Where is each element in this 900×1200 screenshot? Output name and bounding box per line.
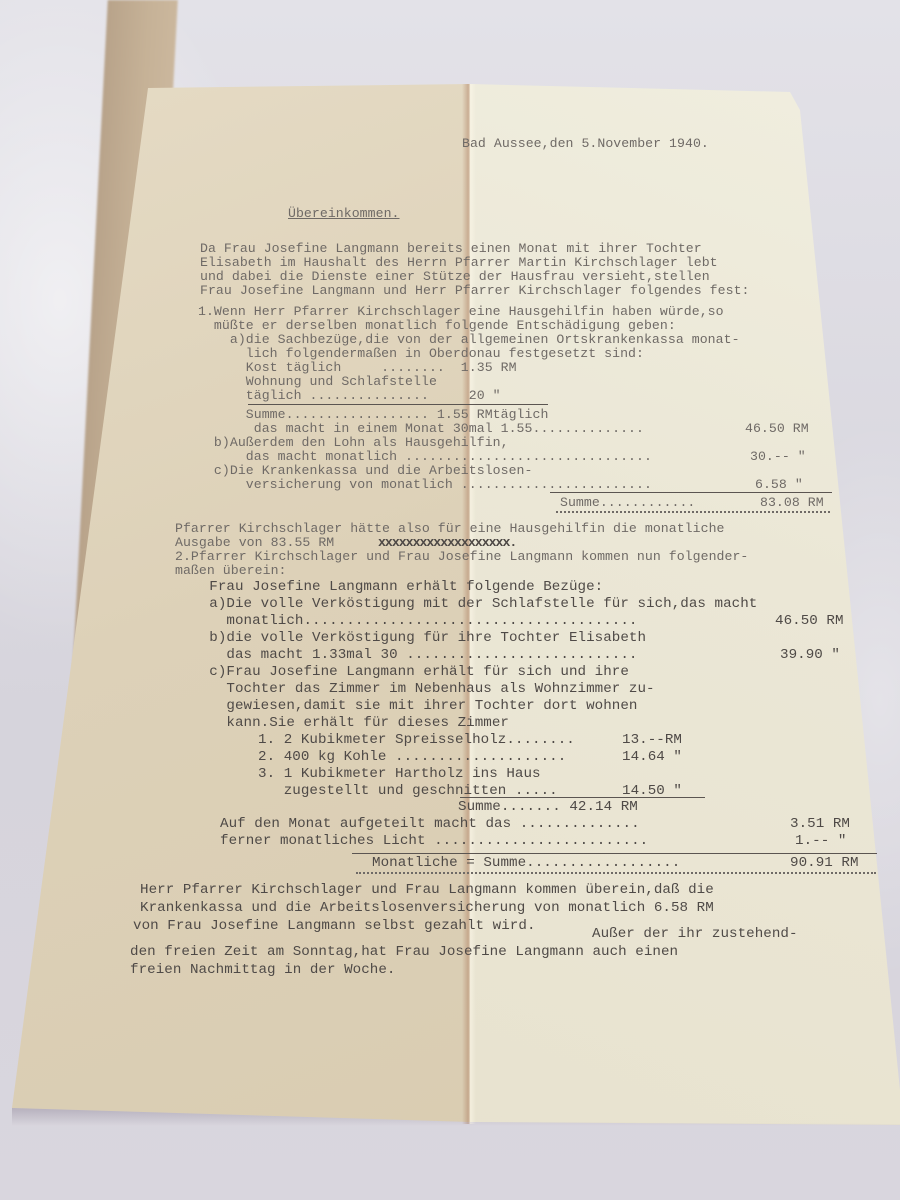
document-title: Übereinkommen. — [288, 205, 400, 222]
monthly-value: 46.50 RM — [745, 420, 809, 437]
total-label: Summe............ — [560, 494, 695, 511]
section1-line: täglich ............... 20 " — [198, 387, 501, 404]
grand-total-value: 90.91 RM — [790, 855, 859, 872]
item-label: 3. 1 Kubikmeter Hartholz ins Haus — [258, 766, 541, 783]
monthly-share-value: 3.51 RM — [790, 816, 850, 833]
section2-line: a)Die volle Verköstigung mit der Schlafs… — [175, 596, 757, 613]
total-double-rule — [556, 511, 830, 513]
closing-line: Herr Pfarrer Kirchschlager und Frau Lang… — [140, 882, 714, 899]
grand-total-rule — [352, 853, 877, 854]
c-line: c)Frau Josefine Langmann erhält für sich… — [175, 664, 629, 681]
section2-line: monatlich...............................… — [175, 613, 637, 630]
a-value: 46.50 RM — [775, 613, 844, 630]
document-sheet: Bad Aussee,den 5.November 1940. Übereink… — [0, 0, 900, 1200]
b-value: 30.-- " — [750, 448, 806, 465]
place-date: Bad Aussee,den 5.November 1940. — [462, 135, 709, 152]
c-line: gewiesen,damit sie mit ihrer Tochter dor… — [175, 698, 637, 715]
c-value: 6.58 " — [755, 476, 803, 493]
light-line: ferner monatliches Licht ...............… — [220, 833, 648, 850]
b-value: 39.90 " — [780, 647, 840, 664]
typewritten-text: Bad Aussee,den 5.November 1940. Übereink… — [0, 0, 900, 1200]
closing-tail: den freien Zeit am Sonntag,hat Frau Jose… — [130, 944, 678, 961]
closing-tail: freien Nachmittag in der Woche. — [130, 962, 395, 979]
c-line: kann.Sie erhält für dieses Zimmer — [175, 715, 509, 732]
closing-line: Krankenkassa und die Arbeitslosenversich… — [140, 900, 714, 917]
item-value: 13.--RM — [622, 732, 682, 749]
items-total: Summe....... 42.14 RM — [458, 799, 638, 816]
item-value: 14.64 " — [622, 749, 682, 766]
light-value: 1.-- " — [795, 833, 846, 850]
b-line: das macht 1.33mal 30 ...................… — [175, 647, 637, 664]
intro-line: Frau Josefine Langmann und Herr Pfarrer … — [200, 282, 750, 299]
grand-total-double-rule — [356, 872, 876, 874]
closing-addendum: Außer der ihr zustehend- — [592, 926, 798, 943]
b-line: b)die volle Verköstigung für ihre Tochte… — [175, 630, 646, 647]
grand-total-label: Monatliche = Summe.................. — [372, 855, 680, 872]
total-rule — [550, 492, 832, 493]
subtotal-rule — [248, 404, 548, 405]
c-line: Tochter das Zimmer im Nebenhaus als Wohn… — [175, 681, 655, 698]
total-value: 83.08 RM — [760, 494, 824, 511]
items-total-rule — [460, 797, 705, 798]
closing-line: von Frau Josefine Langmann selbst gezahl… — [133, 918, 536, 935]
section2-line: maßen überein: — [175, 562, 287, 579]
c-line: versicherung von monatlich .............… — [198, 476, 652, 493]
monthly-share-line: Auf den Monat aufgeteilt macht das .....… — [220, 816, 640, 833]
item-label: 2. 400 kg Kohle .................... — [258, 749, 566, 766]
item-label: 1. 2 Kubikmeter Spreisselholz........ — [258, 732, 575, 749]
section2-line: Frau Josefine Langmann erhält folgende B… — [175, 579, 603, 596]
